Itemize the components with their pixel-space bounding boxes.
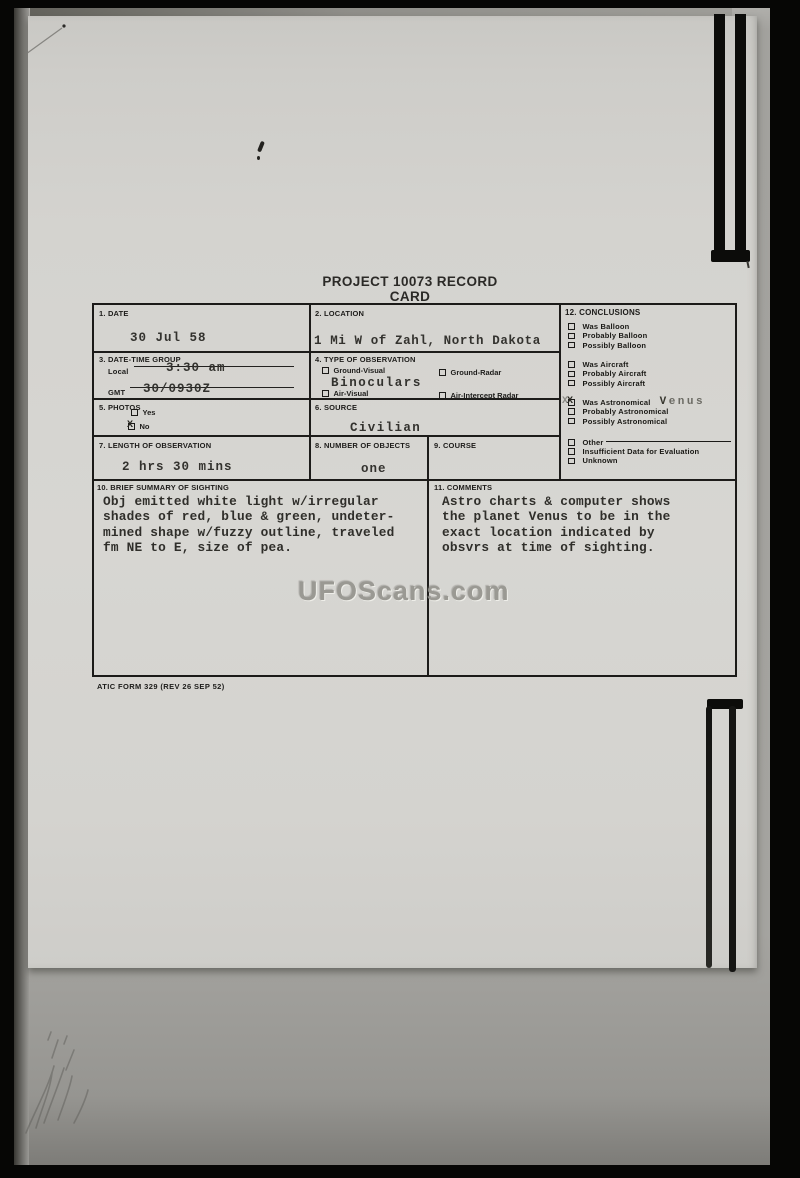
ground-visual-option: Ground-Visual [322, 366, 385, 375]
film-artifact-bar [735, 14, 746, 258]
gmt-label: GMT [108, 388, 125, 397]
conclusion-label: Probably Balloon [583, 331, 648, 340]
conclusion-probably-aircraft: Probably Aircraft [564, 369, 734, 378]
conclusion-checkbox [568, 361, 575, 368]
length-of-observation-value: 2 hrs 30 mins [122, 460, 233, 474]
photos-no-checkbox [128, 423, 135, 430]
conclusions-label: 12. CONCLUSIONS [565, 308, 640, 317]
air-visual-option: Air-Visual [322, 389, 368, 398]
other-underline [606, 441, 731, 442]
conclusion-possibly-balloon: Possibly Balloon [564, 341, 734, 350]
grid-line [559, 305, 561, 481]
conclusion-checkbox-checked [568, 399, 575, 406]
photos-yes-option: Yes [131, 408, 155, 417]
location-value: 1 Mi W of Zahl, North Dakota [314, 334, 541, 348]
film-artifact-bar [706, 706, 712, 968]
handwritten-scribbles [14, 1028, 114, 1138]
conclusion-label: Unknown [583, 456, 618, 465]
conclusion-checkbox [568, 448, 575, 455]
record-card: 1. DATE 30 Jul 58 2. LOCATION 1 Mi W of … [92, 303, 737, 677]
summary-line: mined shape w/fuzzy outline, traveled [103, 525, 395, 540]
ground-visual-label: Ground-Visual [334, 366, 386, 375]
ground-visual-checkbox [322, 367, 329, 374]
length-of-observation-label: 7. LENGTH OF OBSERVATION [99, 441, 211, 450]
photos-yes-label: Yes [143, 408, 156, 417]
conclusion-was-astronomical: Was Astronomical Venus [564, 398, 734, 407]
number-of-objects-value: one [361, 462, 387, 476]
conclusion-was-aircraft: Was Aircraft [564, 360, 734, 369]
local-label: Local [108, 367, 129, 376]
course-label: 9. COURSE [434, 441, 476, 450]
observation-typed-value: Binoculars [331, 376, 422, 390]
source-label: 6. SOURCE [315, 403, 357, 412]
conclusion-probably-balloon: Probably Balloon [564, 331, 734, 340]
comments-line: Astro charts & computer shows [442, 494, 671, 509]
air-intercept-radar-checkbox [439, 392, 446, 399]
film-artifact-cap [707, 699, 743, 709]
conclusion-label: Insufficient Data for Evaluation [583, 447, 700, 456]
conclusion-label: Was Aircraft [583, 360, 629, 369]
grid-line [94, 479, 735, 481]
local-value: 3:30 am [166, 361, 226, 375]
photos-no-label: No [140, 422, 150, 431]
conclusion-checkbox [568, 323, 575, 330]
conclusion-label: Was Balloon [583, 322, 630, 331]
conclusion-was-balloon: Was Balloon [564, 322, 734, 331]
film-artifact-bar [714, 14, 725, 255]
comments-line: the planet Venus to be in the [442, 509, 671, 524]
date-label: 1. DATE [99, 309, 129, 318]
air-intercept-radar-option: Air-Intercept Radar [439, 391, 518, 400]
conclusion-label: Possibly Balloon [583, 341, 647, 350]
grid-line [94, 351, 561, 353]
conclusion-label: Was Astronomical [583, 398, 651, 407]
ground-radar-option: Ground-Radar [439, 368, 501, 377]
air-visual-checkbox [322, 390, 329, 397]
conclusion-other: Other [564, 438, 734, 447]
summary-line: shades of red, blue & green, undeter- [103, 509, 395, 524]
conclusion-unknown: Unknown [564, 456, 734, 465]
form-number: ATIC FORM 329 (REV 26 SEP 52) [97, 682, 225, 691]
conclusion-probably-astronomical: Probably Astronomical [564, 407, 734, 416]
left-gutter-shadow [14, 8, 29, 1165]
page-title: PROJECT 10073 RECORD CARD [300, 274, 520, 304]
conclusion-label: Probably Astronomical [583, 407, 669, 416]
comments-label: 11. COMMENTS [434, 483, 492, 492]
conclusion-possibly-aircraft: Possibly Aircraft [564, 378, 734, 387]
conclusion-checkbox [568, 380, 575, 387]
ground-radar-label: Ground-Radar [451, 368, 502, 377]
film-artifact-foot [711, 250, 750, 262]
ground-radar-checkbox [439, 369, 446, 376]
source-value: Civilian [350, 421, 421, 435]
film-artifact-bar [729, 706, 736, 972]
photos-no-option: No [128, 422, 150, 431]
conclusion-label: Probably Aircraft [583, 369, 647, 378]
conclusions-list: Was Balloon Probably Balloon Possibly Ba… [564, 322, 734, 466]
conclusion-checkbox [568, 418, 575, 425]
scratch-mark [24, 20, 72, 58]
location-label: 2. LOCATION [315, 309, 364, 318]
summary-text: Obj emitted white light w/irregular shad… [103, 494, 395, 556]
grid-line [94, 435, 561, 437]
watermark: UFOScans.com [298, 576, 510, 607]
conclusion-checkbox [568, 342, 575, 349]
summary-line: Obj emitted white light w/irregular [103, 494, 395, 509]
grid-line [309, 305, 311, 481]
comments-text: Astro charts & computer shows the planet… [442, 494, 671, 556]
summary-line: fm NE to E, size of pea. [103, 540, 395, 555]
conclusion-possibly-astronomical: Possibly Astronomical [564, 416, 734, 425]
conclusion-checkbox [568, 439, 575, 446]
photos-yes-checkbox [131, 409, 138, 416]
conclusion-checkbox [568, 458, 575, 465]
conclusion-checkbox [568, 371, 575, 378]
air-visual-label: Air-Visual [334, 389, 369, 398]
ink-mark-dot [257, 156, 260, 160]
air-intercept-radar-label: Air-Intercept Radar [451, 391, 519, 400]
conclusion-checkbox [568, 408, 575, 415]
number-of-objects-label: 8. NUMBER OF OBJECTS [315, 441, 410, 450]
comments-line: obsvrs at time of sighting. [442, 540, 671, 555]
conclusion-label: Other [583, 438, 604, 447]
film-top-strip [30, 8, 732, 16]
summary-label: 10. BRIEF SUMMARY OF SIGHTING [97, 483, 229, 492]
conclusion-label: Possibly Aircraft [583, 379, 646, 388]
conclusion-label: Possibly Astronomical [583, 417, 668, 426]
conclusion-checkbox [568, 333, 575, 340]
comments-line: exact location indicated by [442, 525, 671, 540]
type-of-observation-label: 4. TYPE OF OBSERVATION [315, 355, 416, 364]
date-value: 30 Jul 58 [130, 331, 207, 345]
grid-line [427, 435, 429, 675]
conclusion-insufficient-data: Insufficient Data for Evaluation [564, 447, 734, 456]
gmt-value: 30/0930Z [143, 382, 211, 396]
